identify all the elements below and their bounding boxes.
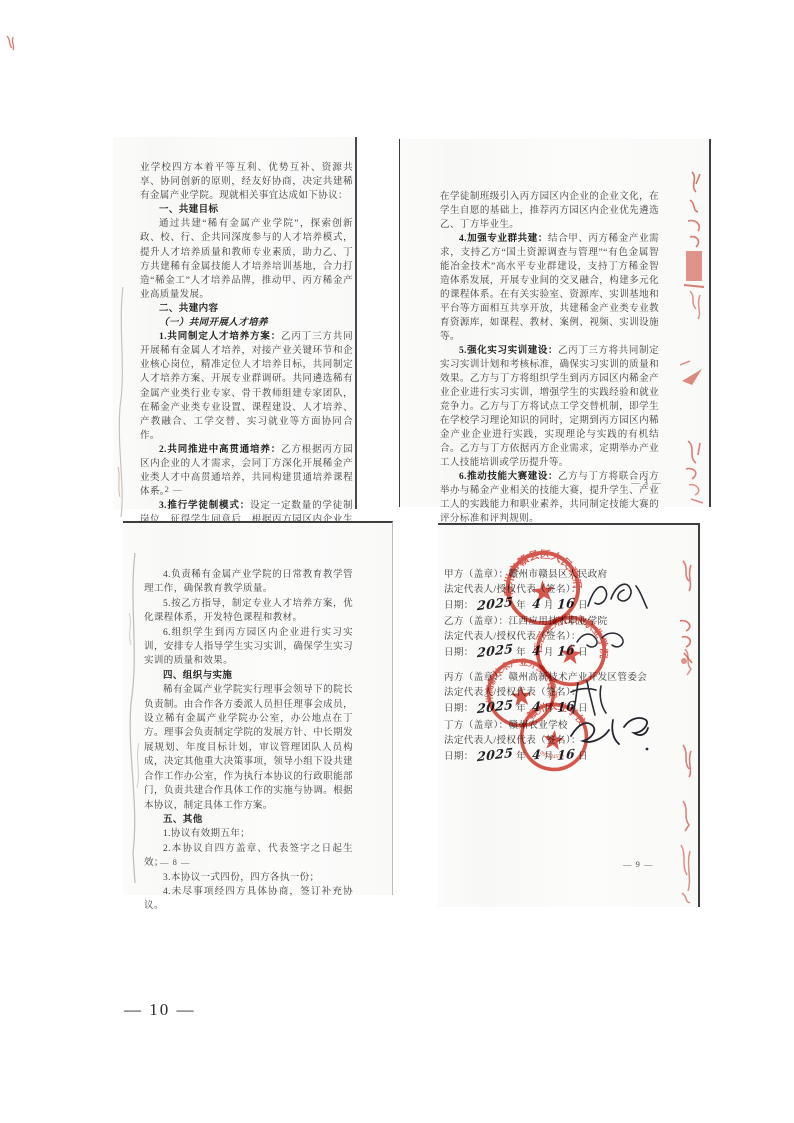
scanned-document-sheet: 业学校四方本着平等互利、优势互补、资源共享、协同创新的原则，经友好协商，决定共建…: [0, 0, 794, 1123]
page-9-number: — 9 —: [623, 859, 654, 869]
paragraph: 二、共建内容: [140, 302, 353, 316]
date-label: 日期：: [444, 752, 474, 762]
scanned-page-8: 4.负责稀有金属产业学院的日常教育教学管理工作，确保教育教学质量。5.按乙方指导…: [123, 521, 393, 895]
paragraph: 五、其他: [144, 813, 353, 827]
binding-artifact: [125, 553, 145, 883]
paragraph: 3.本协议一式四份，四方各执一份；: [144, 871, 353, 885]
scanned-page-2: 业学校四方本着平等互利、优势互补、资源共享、协同创新的原则，经友好协商，决定共建…: [113, 137, 357, 509]
red-ink-fleck: [4, 34, 18, 52]
sheet-page-number: — 10 —: [124, 1000, 196, 1020]
paragraph: （一）共同开展人才培养: [140, 316, 353, 330]
stamp-fragment: [676, 843, 698, 905]
signature-jia: [585, 578, 651, 616]
date-label: 日期：: [444, 601, 474, 611]
handwritten-year: 2025: [476, 746, 513, 765]
paragraph: 1.共同制定人才培养方案：乙丙丁三方共同开展稀有金属人才培养，对接产业关键环节和…: [140, 330, 353, 443]
paragraph: 5.按乙方指导，制定专业人才培养方案，优化课程体系，开发特色课程和教材。: [144, 597, 353, 626]
paragraph: 四、组织与实施: [144, 669, 353, 683]
date-label: 日期：: [444, 648, 474, 658]
paragraph: 一、共建目标: [140, 203, 353, 217]
paragraph-lead: 2.共同推进中高贯通培养：: [159, 445, 281, 455]
paragraph: 4.未尽事项经四方具体协商，签订补充协议。: [144, 885, 353, 914]
stamp-fragment: [678, 743, 698, 781]
paragraph: 4.负责稀有金属产业学院的日常教育教学管理工作，确保教育教学质量。: [144, 568, 353, 597]
paragraph: 通过共建“稀有金属产业学院”，探索创新政、校、行、企共同深度参与的人才培养模式，…: [140, 217, 353, 302]
paragraph-lead: 5.强化实习实训建设：: [459, 346, 558, 356]
paragraph: 4.加强专业群共建：结合甲、丙方稀金产业需求，支持乙方“国土资源调查与管理”“有…: [440, 232, 659, 344]
paragraph: 5.强化实习实训建设：乙丙丁三方将共同制定实习实训计划和考核标准，确保实习实训的…: [440, 344, 659, 470]
stamp-fragment: [678, 559, 698, 595]
paragraph: 在学徒制班级引入丙方园区内企业的企业文化，在学生自愿的基础上，推荐丙方园区内企业…: [440, 190, 659, 232]
page-2-text: 业学校四方本着平等互利、优势互补、资源共享、协同创新的原则，经友好协商，决定共建…: [140, 161, 353, 556]
stamp-fragment: [681, 647, 697, 677]
stamp-fragment: [686, 170, 708, 214]
svg-text:095124578: 095124578: [538, 750, 566, 762]
stamp-fragment: [686, 289, 706, 323]
stamp-fragment: [682, 439, 708, 481]
paragraph-lead: 1.共同制定人才培养方案：: [159, 332, 281, 342]
page-2-number: — 2 —: [152, 484, 183, 494]
paragraph-lead: 6.推动技能大赛建设：: [459, 472, 558, 482]
page-8-number: — 8 —: [160, 857, 191, 867]
paragraph: 业学校四方本着平等互利、优势互补、资源共享、协同创新的原则，经友好协商，决定共建…: [140, 161, 353, 203]
paragraph: 1.协议有效期五年；: [144, 827, 353, 841]
binding-artifact: [115, 287, 129, 517]
date-label: 日期：: [444, 704, 474, 714]
paragraph: 6.推动技能大赛建设：乙方与丁方将联合丙方举办与稀金产业相关的技能大赛，提升学生…: [440, 470, 659, 526]
signature-yi: [574, 627, 632, 653]
paragraph: 6.组织学生到丙方园区内企业进行实习实训，安排专人指导学生实习实训，确保学生实习…: [144, 626, 353, 669]
scanned-page-3: 在学徒制班级引入丙方园区内企业的企业文化，在学生自愿的基础上，推荐丙方园区内企业…: [399, 139, 711, 507]
scanned-page-9: 甲方（盖章）：赣州市赣县区人民政府 法定代表人/授权代表（签名）： 日期：202…: [438, 523, 700, 907]
stamp-fragment: [678, 359, 708, 389]
stamp-fragment: [685, 481, 707, 507]
stamp-fragment: [679, 799, 697, 835]
signature-ding: [568, 711, 652, 753]
paragraph-lead: 3.推行学徒制模式：: [159, 501, 250, 511]
page-3-number: — 3 —: [631, 477, 662, 487]
stamp-fragment: [682, 247, 708, 291]
paragraph-lead: 4.加强专业群共建：: [459, 234, 548, 244]
paragraph: 稀有金属产业学院实行理事会领导下的院长负责制。由合作各方委派人员担任理事会成员，…: [144, 683, 353, 813]
